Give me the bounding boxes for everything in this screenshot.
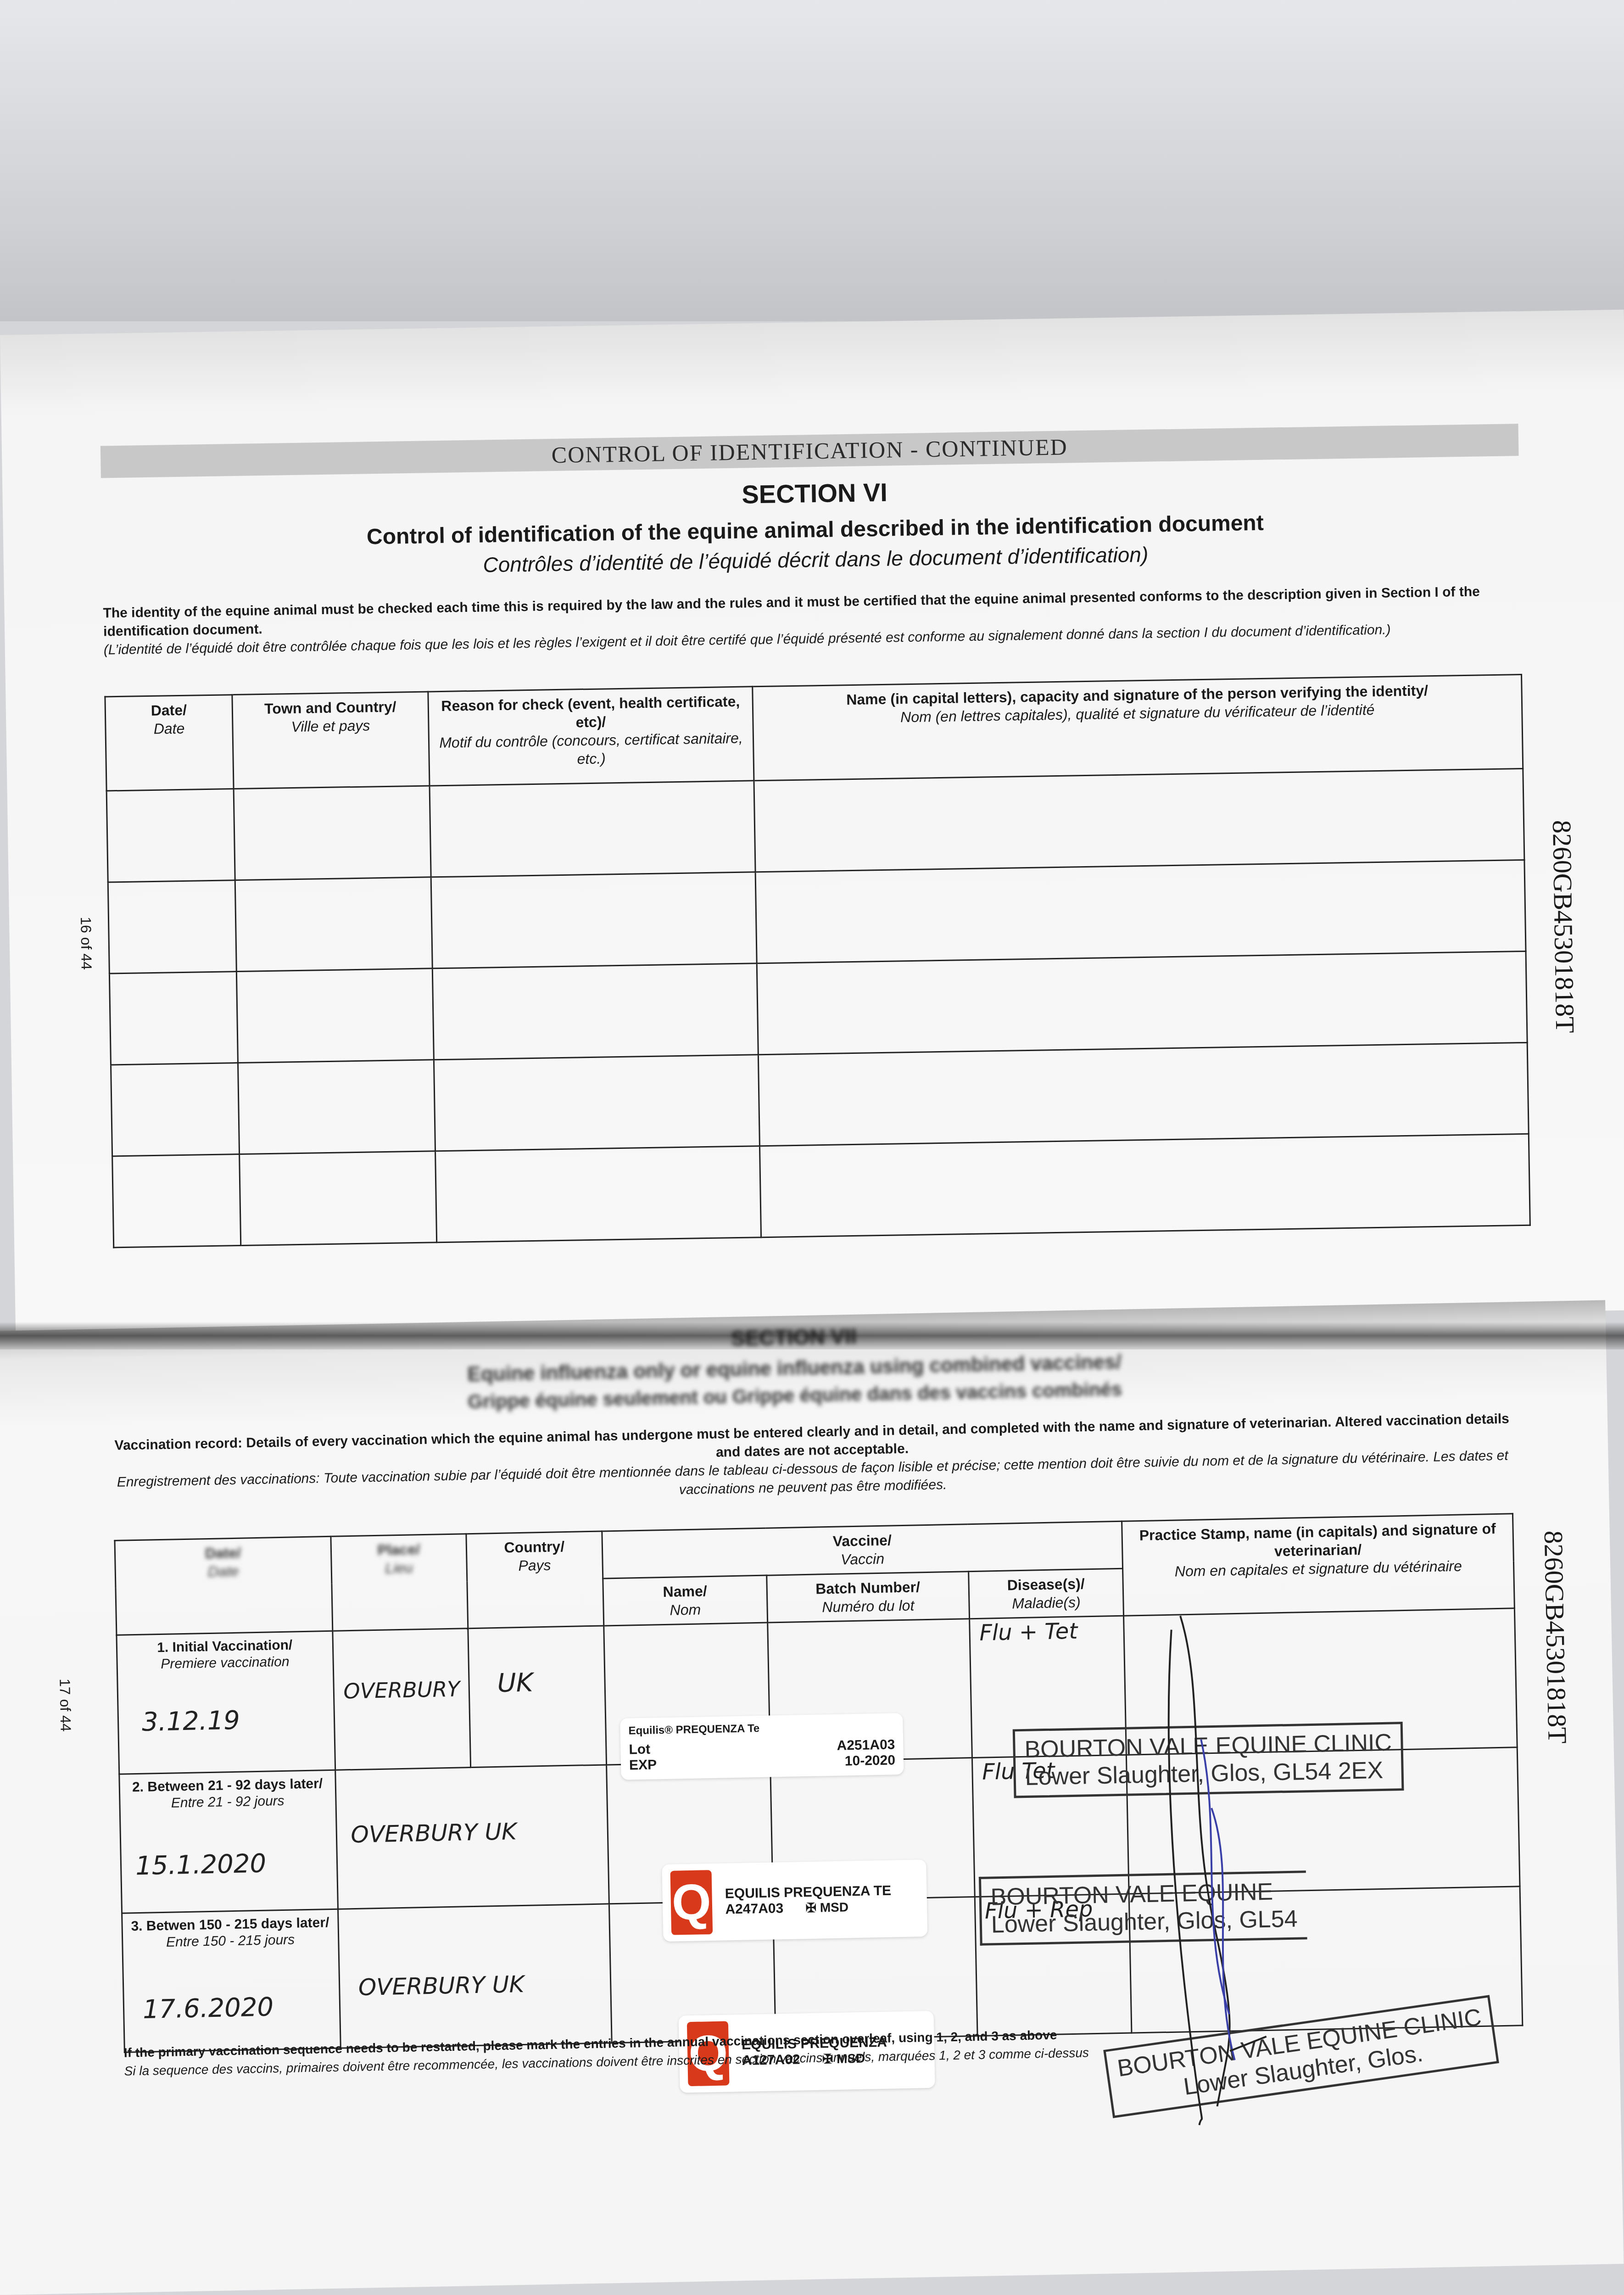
identity-check-table: Date/ Date Town and Country/ Ville et pa… xyxy=(104,674,1531,1248)
cell-date[interactable] xyxy=(108,880,236,974)
cell-town[interactable] xyxy=(238,1060,435,1154)
cell-date[interactable]: 3. Betwen 150 - 215 days later/ Entre 15… xyxy=(122,1909,340,2052)
cell-country[interactable]: UK xyxy=(468,1626,606,1768)
cell-verifier[interactable] xyxy=(758,1042,1529,1146)
cell-town[interactable] xyxy=(236,968,434,1063)
cell-place-country[interactable]: OVERBURY UK xyxy=(338,1904,612,2048)
cell-date[interactable] xyxy=(112,1154,241,1248)
cell-town[interactable] xyxy=(235,877,432,972)
section-banner: CONTROL OF IDENTIFICATION - CONTINUED xyxy=(100,424,1519,478)
stage-label: 1. Initial Vaccination/ Premiere vaccina… xyxy=(123,1636,327,1674)
msd-logo-icon: ✠ MSD xyxy=(805,1899,848,1915)
cell-reason[interactable] xyxy=(431,872,757,968)
handwritten-date: 3.12.19 xyxy=(142,1712,240,1732)
handwritten-date: 17.6.2020 xyxy=(143,1998,274,2019)
page-fold-shadow xyxy=(0,1322,1624,1349)
cell-date[interactable] xyxy=(106,789,235,882)
page-number: 17 of 44 xyxy=(56,1679,74,1732)
document-id-number: 8260GB45301818T xyxy=(1538,1530,1573,1744)
header-town-country: Town and Country/ Ville et pays xyxy=(232,692,430,789)
cell-reason[interactable] xyxy=(430,781,755,877)
page-number: 16 of 44 xyxy=(77,917,95,970)
cell-place-country[interactable]: OVERBURY UK xyxy=(335,1765,609,1909)
header-date: Date/ Date xyxy=(105,695,234,791)
cell-town[interactable] xyxy=(240,1151,437,1246)
stage-label: 3. Betwen 150 - 215 days later/ Entre 15… xyxy=(128,1914,332,1952)
cell-date[interactable] xyxy=(111,1063,240,1156)
handwritten-place: OVERBURY xyxy=(343,1680,460,1701)
handwritten-place: OVERBURY UK xyxy=(351,1822,517,1844)
cell-verifier[interactable] xyxy=(755,860,1526,963)
cell-date[interactable] xyxy=(109,972,238,1065)
header-verifier: Name (in capital letters), capacity and … xyxy=(753,675,1523,781)
cell-verifier[interactable] xyxy=(759,1134,1530,1237)
header-date: Date/ Date xyxy=(115,1536,332,1635)
header-disease: Disease(s)/ Maladie(s) xyxy=(968,1568,1124,1618)
cell-town[interactable] xyxy=(234,786,431,880)
header-country: Country/ Pays xyxy=(466,1531,603,1629)
cell-verifier[interactable] xyxy=(757,951,1527,1054)
passport-page-16: CONTROL OF IDENTIFICATION - CONTINUED SE… xyxy=(0,309,1624,1335)
header-batch-number: Batch Number/ Numéro du lot xyxy=(767,1572,970,1623)
cell-place[interactable]: OVERBURY xyxy=(332,1629,470,1770)
cell-reason[interactable] xyxy=(434,1055,759,1151)
equilis-q-logo-icon: Q xyxy=(670,1870,713,1935)
handwritten-place: OVERBURY UK xyxy=(358,1975,524,1997)
header-reason: Reason for check (event, health certific… xyxy=(428,687,754,786)
scanner-background xyxy=(0,0,1624,321)
document-id-number: 8260GB45301818T xyxy=(1546,820,1580,1033)
stage-label: 2. Between 21 - 92 days later/ Entre 21 … xyxy=(125,1775,329,1813)
handwritten-country: UK xyxy=(497,1674,533,1692)
handwritten-date: 15.1.2020 xyxy=(135,1855,267,1875)
vaccine-sticker-1: Equilis® PREQUENZA Te Lot A251A03 EXP 10… xyxy=(620,1713,904,1780)
cell-verifier[interactable] xyxy=(754,768,1524,872)
cell-reason[interactable] xyxy=(432,963,758,1060)
cell-date[interactable]: 1. Initial Vaccination/ Premiere vaccina… xyxy=(117,1631,335,1774)
vaccine-sticker-2: Q EQUILIS PREQUENZA TE A247A03 ✠ MSD xyxy=(662,1859,927,1942)
cell-reason[interactable] xyxy=(435,1146,761,1243)
handwritten-disease: Flu + Tet xyxy=(979,1622,1078,1642)
header-vaccine-name: Name/ Nom xyxy=(603,1575,767,1626)
passport-page-17: SECTION VII Equine influenza only or equ… xyxy=(0,1300,1624,2295)
header-place: Place/ Lieu xyxy=(330,1534,468,1631)
cell-date[interactable]: 2. Between 21 - 92 days later/ Entre 21 … xyxy=(119,1770,338,1913)
header-practice-stamp: Practice Stamp, name (in capitals) and s… xyxy=(1122,1514,1514,1616)
